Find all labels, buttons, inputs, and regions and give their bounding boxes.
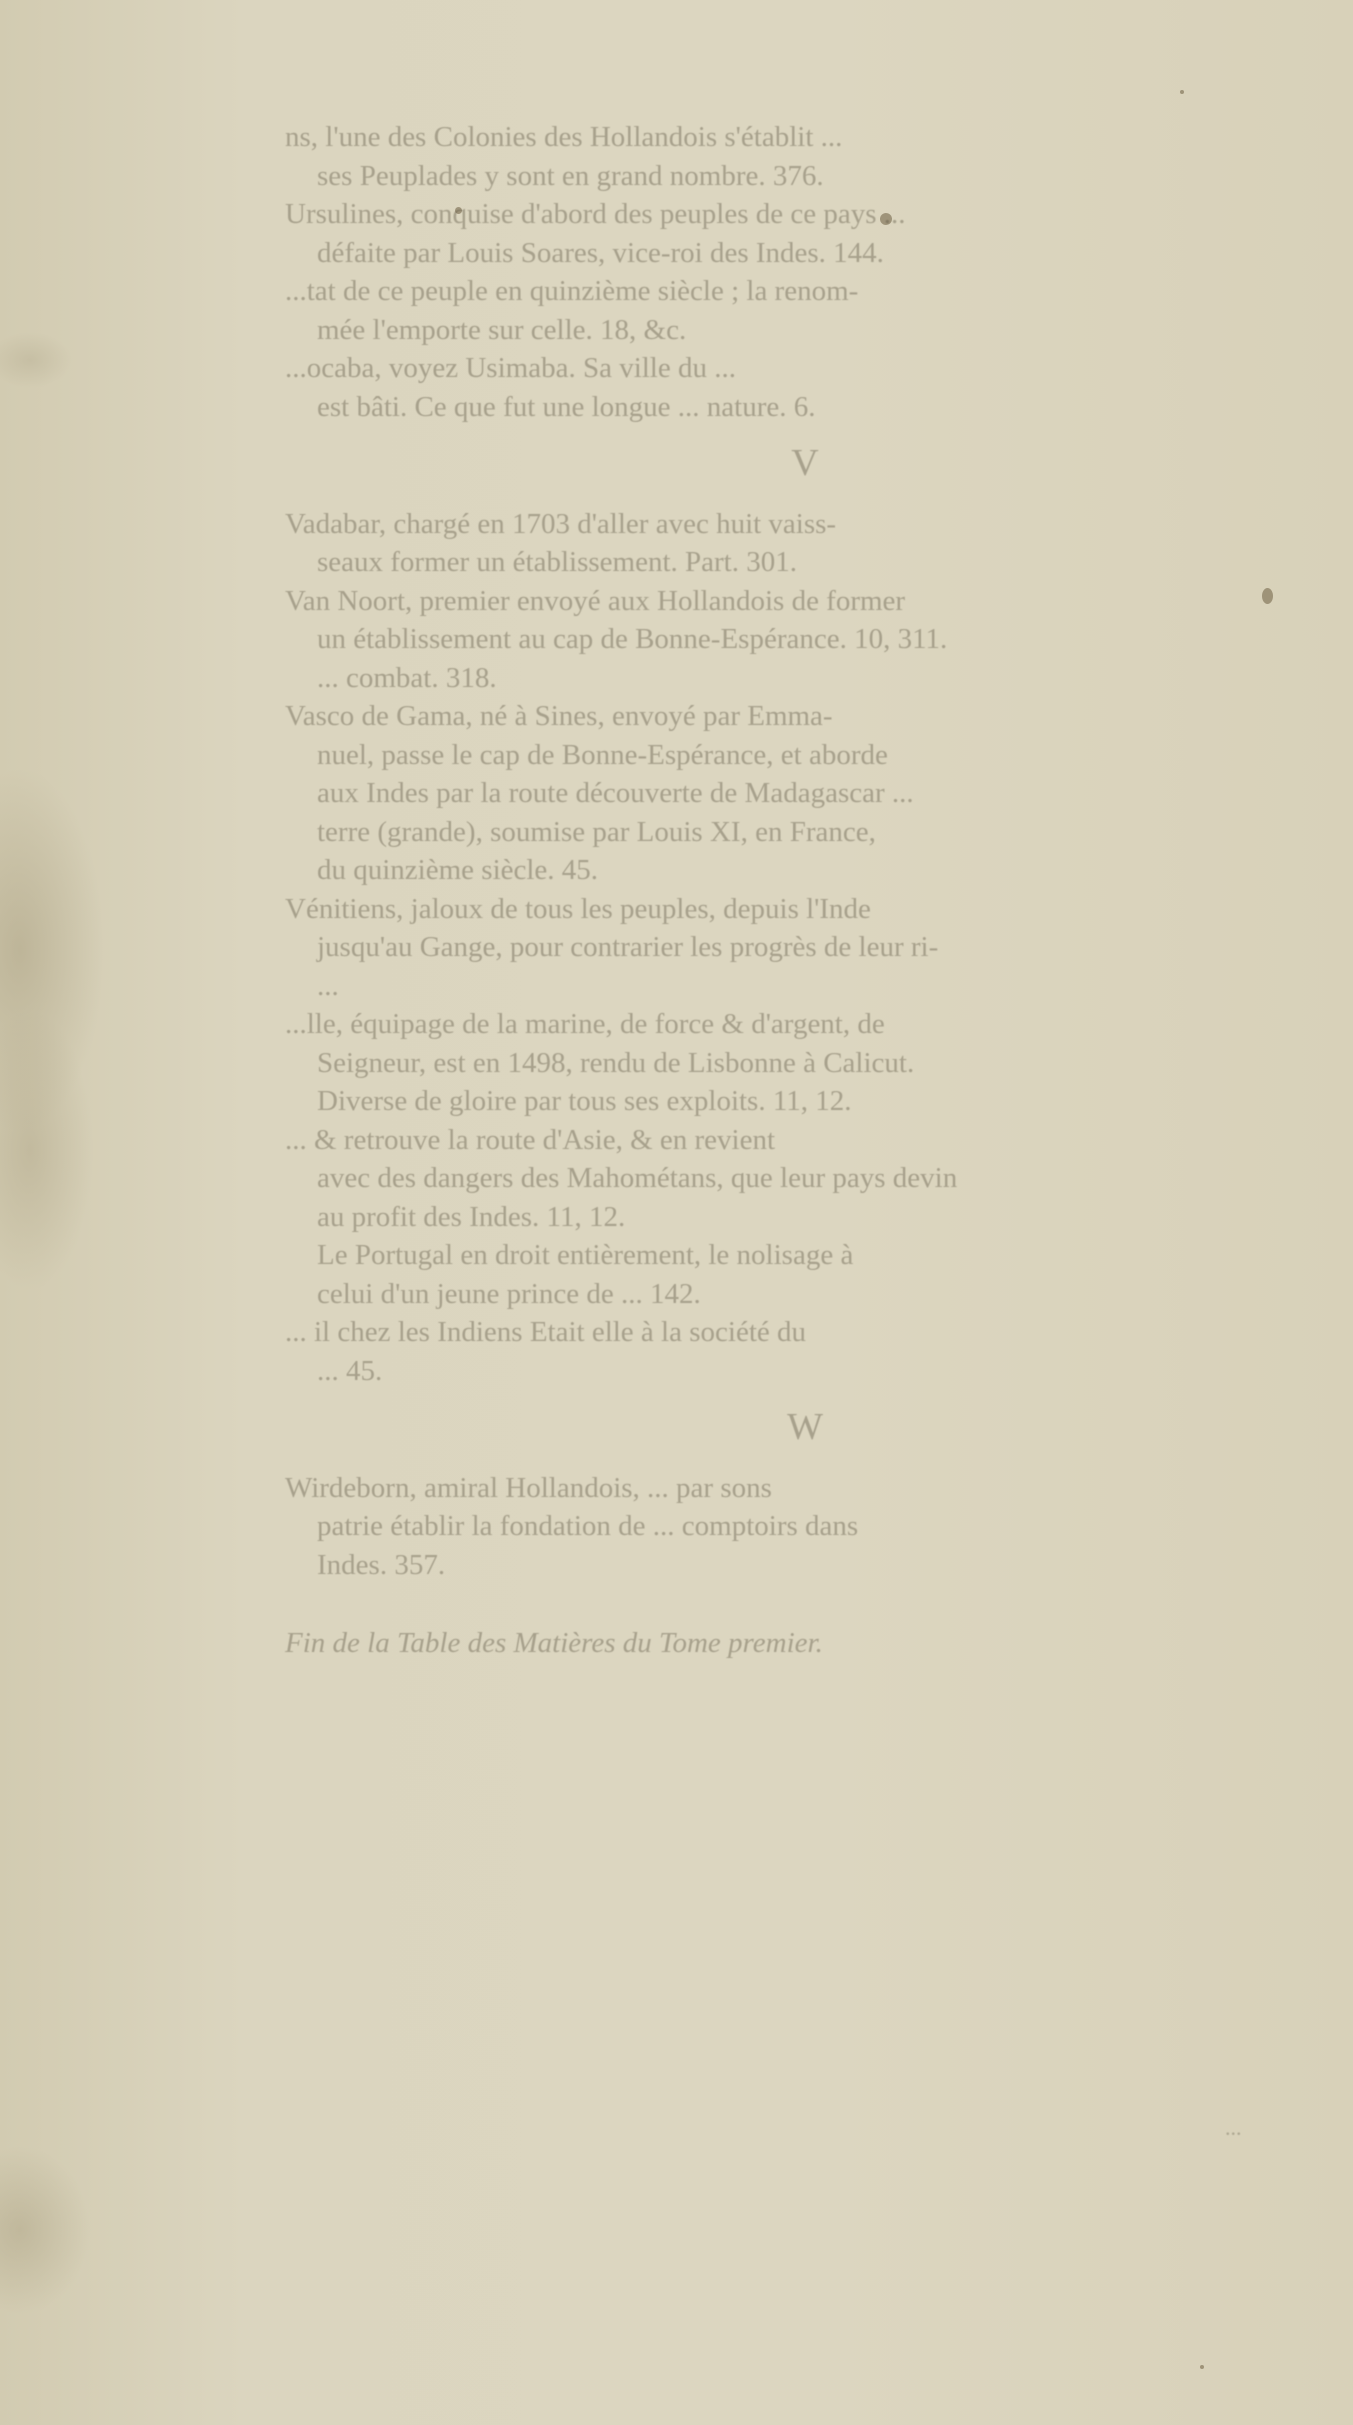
index-line: Le Portugal en droit entièrement, le nol… <box>285 1236 1325 1275</box>
index-line: jusqu'au Gange, pour contrarier les prog… <box>285 928 1325 967</box>
index-line: Van Noort, premier envoyé aux Hollandois… <box>285 582 1325 621</box>
index-line: nuel, passe le cap de Bonne-Espérance, e… <box>285 736 1325 775</box>
index-line: ... combat. 318. <box>285 659 1325 698</box>
index-line: ...lle, équipage de la marine, de force … <box>285 1005 1325 1044</box>
index-line: avec des dangers des Mahométans, que leu… <box>285 1159 1325 1198</box>
section-w: Wirdeborn, amiral Hollandois, ... par so… <box>285 1469 1325 1585</box>
index-line: seaux former un établissement. Part. 301… <box>285 543 1325 582</box>
index-line: Vénitiens, jaloux de tous les peuples, d… <box>285 890 1325 929</box>
index-line: du quinzième siècle. 45. <box>285 851 1325 890</box>
index-line: au profit des Indes. 11, 12. <box>285 1198 1325 1237</box>
index-text: ns, l'une des Colonies des Hollandois s'… <box>285 118 1325 1663</box>
index-line: ...tat de ce peuple en quinzième siècle … <box>285 272 1325 311</box>
index-line: Indes. 357. <box>285 1546 1325 1585</box>
index-line: celui d'un jeune prince de ... 142. <box>285 1275 1325 1314</box>
index-line: Diverse de gloire par tous ses exploits.… <box>285 1082 1325 1121</box>
ink-speck <box>1180 90 1184 94</box>
page-mark: ... <box>1225 2115 1242 2141</box>
section-heading-w: W <box>285 1408 1325 1447</box>
index-line: est bâti. Ce que fut une longue ... natu… <box>285 388 1325 427</box>
section-heading-v: V <box>285 444 1325 483</box>
index-line: Vadabar, chargé en 1703 d'aller avec hui… <box>285 505 1325 544</box>
index-line: ses Peuplades y sont en grand nombre. 37… <box>285 157 1325 196</box>
index-line: ... 45. <box>285 1352 1325 1391</box>
index-line: aux Indes par la route découverte de Mad… <box>285 774 1325 813</box>
section-u-tail: ns, l'une des Colonies des Hollandois s'… <box>285 118 1325 426</box>
section-v: Vadabar, chargé en 1703 d'aller avec hui… <box>285 505 1325 1391</box>
index-line: mée l'emporte sur celle. 18, &c. <box>285 311 1325 350</box>
index-line: Vasco de Gama, né à Sines, envoyé par Em… <box>285 697 1325 736</box>
index-line: ...ocaba, voyez Usimaba. Sa ville du ... <box>285 349 1325 388</box>
index-line: ... & retrouve la route d'Asie, & en rev… <box>285 1121 1325 1160</box>
closing-line: Fin de la Table des Matières du Tome pre… <box>285 1624 1325 1663</box>
ink-speck <box>1200 2365 1204 2369</box>
index-line: patrie établir la fondation de ... compt… <box>285 1507 1325 1546</box>
index-line: terre (grande), soumise par Louis XI, en… <box>285 813 1325 852</box>
index-line: Wirdeborn, amiral Hollandois, ... par so… <box>285 1469 1325 1508</box>
index-line: défaite par Louis Soares, vice-roi des I… <box>285 234 1325 273</box>
index-line: Ursulines, conquise d'abord des peuples … <box>285 195 1325 234</box>
index-line: Seigneur, est en 1498, rendu de Lisbonne… <box>285 1044 1325 1083</box>
index-line: un établissement au cap de Bonne-Espéran… <box>285 620 1325 659</box>
index-line: ... il chez les Indiens Etait elle à la … <box>285 1313 1325 1352</box>
index-line: ns, l'une des Colonies des Hollandois s'… <box>285 118 1325 157</box>
index-line: ... <box>285 967 1325 1006</box>
